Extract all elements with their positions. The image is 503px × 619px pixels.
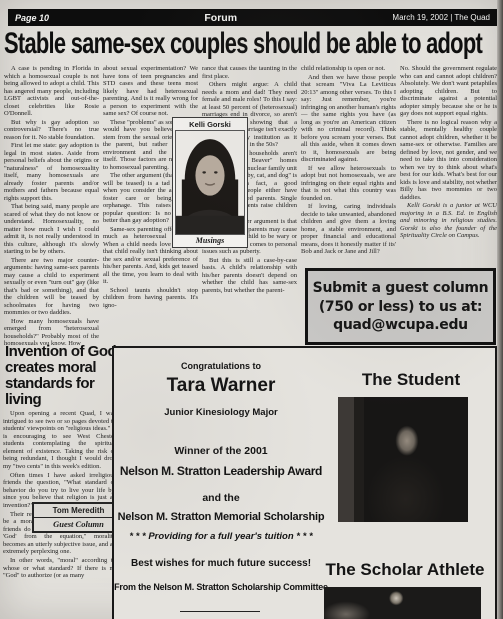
student-heading: The Student [328, 370, 494, 390]
submit-line-1: Submit a guest column [308, 279, 493, 298]
newspaper-page: Page 10 Forum March 19, 2002 | The Quad … [0, 0, 503, 619]
guest-paragraph: In other words, "moral" according to who… [3, 557, 116, 580]
congrats-and-the: and the [114, 492, 328, 504]
article-paragraph: If loving, caring individuals decide to … [301, 203, 396, 256]
article-paragraph: That being said, many people are scared … [4, 203, 99, 256]
masthead-bar: Page 10 Forum March 19, 2002 | The Quad [8, 9, 497, 26]
columnist-name: Kelli Gorski [175, 119, 245, 130]
article-paragraph: child relationship is open or not. [301, 65, 396, 73]
page-number: Page 10 [15, 13, 49, 23]
scholar-athlete-photo [324, 587, 481, 619]
guest-column-headline: Invention of God creates moral standards… [5, 344, 117, 408]
congrats-scholarship: Nelson M. Stratton Memorial Scholarship [114, 511, 328, 523]
main-headline: Stable same-sex couples should be able t… [4, 27, 501, 61]
date-and-paper: March 19, 2002 | The Quad [392, 13, 490, 22]
guest-author-role: Guest Column [34, 518, 123, 531]
submit-guest-column-box: Submit a guest column (750 or less) to u… [305, 268, 496, 345]
article-paragraph: There are two major counter-arguments: h… [4, 257, 99, 317]
article-column-4: child relationship is open or not. And t… [301, 65, 396, 265]
article-paragraph: If we allow heterosexuals to adopt but n… [301, 165, 396, 203]
article-paragraph: about sexual experimentation? We have to… [103, 65, 198, 118]
separator: | [450, 13, 452, 22]
congrats-intro: Congratulations to [114, 361, 328, 371]
congrats-divider [180, 611, 260, 612]
article-paragraph: School taunts shouldn't stop children fr… [103, 287, 198, 310]
article-column-5: No. Should the government regulate who c… [400, 65, 497, 266]
congrats-major: Junior Kinesiology Major [114, 407, 328, 418]
congrats-winner-line: Winner of the 2001 [114, 445, 328, 457]
article-paragraph: A case is pending in Florida in which a … [4, 65, 99, 118]
article-paragraph: First let me state: gay adoption is lega… [4, 142, 99, 202]
congrats-tuition: * * * Providing for a full year's tuitio… [114, 531, 328, 542]
author-bio: Kelli Gorski is a junior at WCU majoring… [400, 202, 497, 240]
columnist-photo-box: Kelli Gorski Musings [172, 117, 248, 248]
congrats-award: Nelson M. Stratton Leadership Award [114, 464, 328, 478]
guest-paragraph: Upon opening a recent Quad, I was intrig… [3, 410, 116, 470]
congrats-wishes: Best wishes for much future success! [114, 558, 328, 569]
article-paragraph: But this is still a case-by-case basis. … [202, 257, 297, 295]
congrats-committee: From the Nelson M. Stratton Scholarship … [114, 582, 328, 592]
submit-email: quad@wcupa.edu [308, 316, 493, 335]
columnist-photo [175, 130, 245, 235]
article-paragraph: rance that causes the taunting in the fi… [202, 65, 297, 80]
columnist-portrait-art [176, 131, 244, 234]
congrats-name: Tara Warner [114, 375, 328, 397]
article-paragraph: But why is gay adoption so controversial… [4, 119, 99, 142]
paper-name: The Quad [454, 13, 490, 22]
article-column-1: A case is pending in Florida in which a … [4, 65, 99, 345]
submit-line-2: (750 or less) to us at: [308, 298, 493, 317]
article-paragraph: There is no logical reason why a stable,… [400, 119, 497, 202]
article-paragraph: No. Should the government regulate who c… [400, 65, 497, 118]
section-title: Forum [204, 12, 237, 24]
article-paragraph: How many homosexuals have emerged from "… [4, 318, 99, 346]
scholar-athlete-heading: The Scholar Athlete [322, 560, 488, 580]
page-edge-shadow [497, 0, 503, 619]
student-photo [338, 397, 468, 522]
issue-date: March 19, 2002 [392, 13, 448, 22]
column-title: Musings [175, 235, 245, 246]
guest-author-name: Tom Meredith [34, 504, 123, 518]
article-paragraph: And then we have those people that screa… [301, 74, 396, 164]
